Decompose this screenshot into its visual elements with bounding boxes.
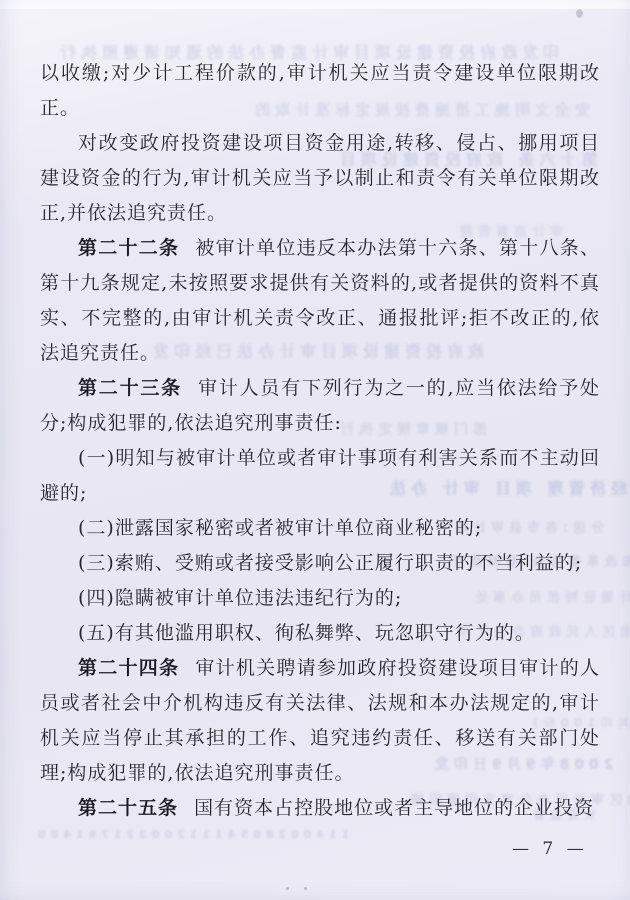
article-number: 第二十五条 [78, 797, 178, 819]
paragraph-text: 对改变政府投资建设项目资金用途,转移、侵占、挪用项目建设资金的行为,审计机关应当… [40, 132, 600, 224]
scan-speck [286, 887, 289, 890]
paragraph-text: (二)泄露国家秘密或者被审计单位商业秘密的; [78, 517, 482, 539]
paragraph-text: (三)索贿、受贿或者接受影响公正履行职责的不当利益的; [78, 552, 582, 574]
paragraph-text: (四)隐瞒被审计单位违法违纪行为的; [78, 587, 402, 609]
paragraph: 第二十三条审计人员有下列行为之一的,应当依法给予处分;构成犯罪的,依法追究刑事责… [40, 371, 600, 441]
paragraph: 对改变政府投资建设项目资金用途,转移、侵占、挪用项目建设资金的行为,审计机关应当… [40, 126, 600, 231]
paragraph: 以收缴;对少计工程价款的,审计机关应当责令建设单位限期改正。 [40, 56, 600, 126]
article-number: 第二十四条 [78, 657, 179, 679]
scan-speck [576, 9, 583, 18]
paragraph: 第二十五条国有资本占控股地位或者主导地位的企业投资 [40, 791, 600, 826]
paragraph-text: (五)有其他滥用职权、徇私舞弊、玩忽职守行为的。 [78, 622, 535, 644]
paragraph-text: 以收缴;对少计工程价款的,审计机关应当责令建设单位限期改正。 [40, 62, 600, 119]
scan-speck [304, 887, 307, 890]
page-number: — 7 — [512, 839, 588, 859]
paragraph-text: 国有资本占控股地位或者主导地位的企业投资 [194, 797, 594, 819]
bleed-through-text: 1140028054111200321761400 [33, 828, 349, 841]
document-text: 以收缴;对少计工程价款的,审计机关应当责令建设单位限期改正。对改变政府投资建设项… [40, 56, 600, 826]
paragraph: (三)索贿、受贿或者接受影响公正履行职责的不当利益的; [40, 546, 600, 581]
article-number: 第二十二条 [78, 237, 179, 259]
paragraph: (一)明知与被审计单位或者审计事项有利害关系而不主动回避的; [40, 441, 600, 511]
paragraph: (五)有其他滥用职权、徇私舞弊、玩忽职守行为的。 [40, 616, 600, 651]
paragraph: (二)泄露国家秘密或者被审计单位商业秘密的; [40, 511, 600, 546]
article-number: 第二十三条 [78, 377, 182, 399]
paragraph: (四)隐瞒被审计单位违法违纪行为的; [40, 581, 600, 616]
paragraph: 第二十四条审计机关聘请参加政府投资建设项目审计的人员或者社会中介机构违反有关法律… [40, 651, 600, 791]
paragraph: 第二十二条被审计单位违反本办法第十六条、第十八条、第十九条规定,未按照要求提供有… [40, 231, 600, 371]
scanned-document-page: 印发政府投资建设项目审计监督办法的通知请遵照执行安全文明施工措施费按规定标准计取… [0, 0, 630, 900]
paragraph-text: (一)明知与被审计单位或者审计事项有利害关系而不主动回避的; [40, 447, 600, 504]
